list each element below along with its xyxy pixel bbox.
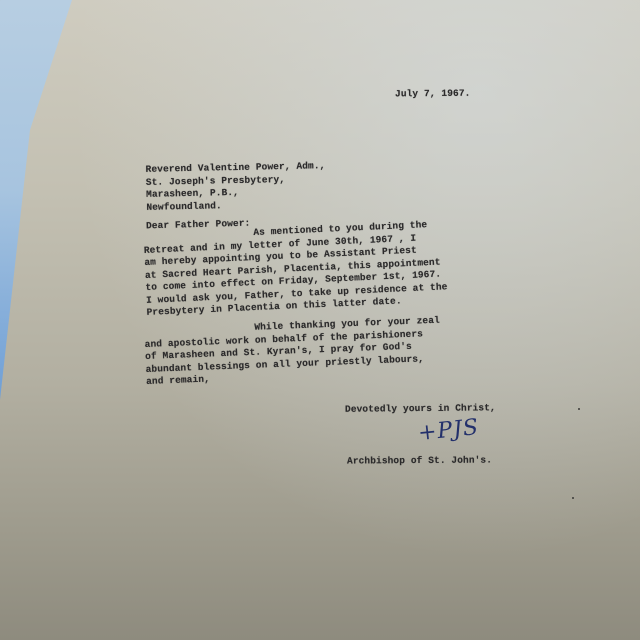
signer-title: Archbishop of St. John's. (347, 454, 492, 468)
paper-speck (572, 497, 574, 499)
paragraph-2: While thanking you for your zeal and apo… (144, 315, 442, 389)
handwritten-signature: +PJS (417, 415, 480, 446)
paragraph-1: As mentioned to you during the Retreat a… (143, 218, 448, 319)
paper-speck (578, 408, 580, 410)
closing: Devotedly yours in Christ, (345, 402, 496, 416)
recipient-address: Reverend Valentine Power, Adm., St. Jose… (145, 160, 326, 214)
letter-page: July 7, 1967. Reverend Valentine Power, … (0, 0, 640, 640)
letter-date: July 7, 1967. (395, 88, 471, 101)
